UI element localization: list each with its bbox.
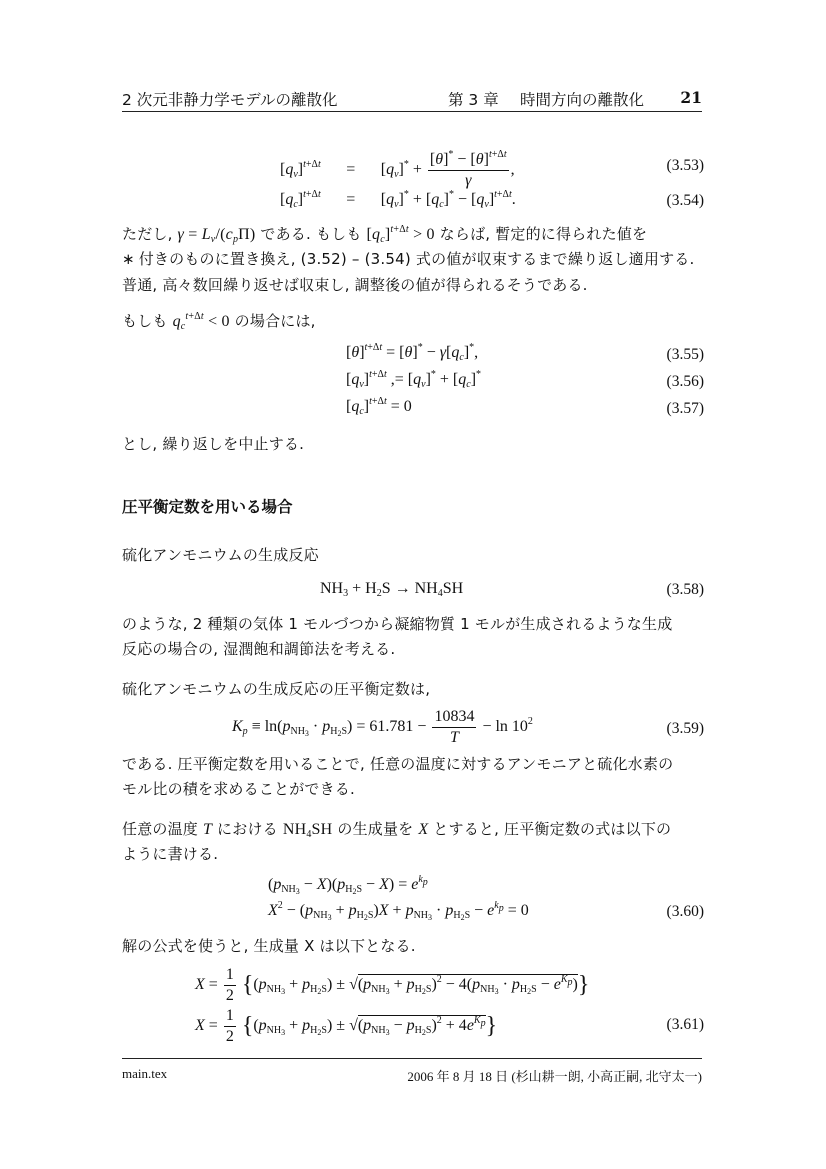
equation-number: (3.55) [667,346,704,364]
paragraph: である. 圧平衡定数を用いることで, 任意の温度に対するアンモニアと硫化水素の … [122,752,704,802]
text: 普通, 高々数回繰り返せば収束し, 調整後の値が得られるそうである. [122,273,704,298]
paragraph: とし, 繰り返しを中止する. [122,432,704,457]
text: 任意の温度 [122,820,203,838]
equation-3-59: Kp ≡ ln(pNH3 · pH2S) = 61.781 − 10834T −… [232,707,533,748]
document-page: 2 次元非静力学モデルの離散化 第 3 章 時間方向の離散化 21 [qv]t+… [0,0,826,1169]
paragraph: のような, 2 種類の気体 1 モルづつから凝縮物質 1 モルが生成されるような… [122,612,704,662]
footer-filename: main.tex [122,1066,167,1082]
equation-number: (3.58) [667,581,704,599]
footer-rule [122,1058,702,1059]
paragraph: 解の公式を使うと, 生成量 X は以下となる. [122,934,704,959]
equation-3-54: [qc]t+Δt = [qv]* + [qc]* − [qv]t+Δt. [280,191,516,209]
paragraph: もしも qct+Δt < 0 の場合には, [122,309,704,334]
header-title: 2 次元非静力学モデルの離散化 [122,88,338,110]
text: の場合には, [230,312,316,330]
equation-3-58: NH3 + H2S → NH4SH [320,580,463,598]
equation-number: (3.60) [667,903,704,921]
text: における [212,820,283,838]
equation-3-61-line2: X = 12 {(pNH3 + pH2S) ± √(pNH3 − pH2S)2 … [195,1006,497,1047]
equation-3-56: [qv]t+Δt ,= [qv]* + [qc]* [346,371,481,389]
header-rule [122,111,702,112]
paragraph: 硫化アンモニウムの生成反応 [122,543,704,568]
text: もしも [122,312,173,330]
equation-3-60-line2: X2 − (pNH3 + pH2S)X + pNH3 · pH2S − ekp … [268,902,529,920]
text: の生成量を [332,820,418,838]
header-chapter: 第 3 章 [448,88,499,110]
equation-3-61-line1: X = 12 {(pNH3 + pH2S) ± √(pNH3 + pH2S)2 … [195,965,589,1006]
paragraph: 硫化アンモニウムの生成反応の圧平衡定数は, [122,677,704,702]
running-header: 2 次元非静力学モデルの離散化 第 3 章 時間方向の離散化 21 [122,88,702,110]
text: 付きのものに置き換え, (3.52) – (3.54) 式の値が収束するまで繰り… [139,250,695,268]
text: のような, 2 種類の気体 1 モルづつから凝縮物質 1 モルが生成されるような… [122,612,704,637]
text: モル比の積を求めることができる. [122,777,704,802]
equation-3-53: [qv]t+Δt = [qv]* + [θ]* − [θ]t+Δtγ, [280,150,515,191]
text: ただし, [122,225,178,243]
equation-3-55: [θ]t+Δt = [θ]* − γ[qc]*, [346,344,478,362]
page-number: 21 [680,88,702,107]
equation-3-60-line1: (pNH3 − X)(pH2S − X) = ekp [268,876,428,894]
header-section: 時間方向の離散化 [520,88,644,110]
paragraph: 任意の温度 T における NH4SH の生成量を X とすると, 圧平衡定数の式… [122,817,704,867]
text: 反応の場合の, 湿潤飽和調節法を考える. [122,637,704,662]
footer-date-authors: 2006 年 8 月 18 日 (杉山耕一朗, 小高正嗣, 北守太一) [407,1066,702,1085]
equation-number: (3.56) [667,373,704,391]
paragraph: ただし, γ = Lv/(cpΠ) である. もしも [qc]t+Δt > 0 … [122,222,704,298]
numerator: 10834 [432,707,476,728]
equation-number: (3.61) [667,1016,704,1034]
text: ように書ける. [122,842,704,867]
equation-number: (3.54) [667,192,704,210]
constant: 61.781 [369,718,413,735]
section-heading: 圧平衡定数を用いる場合 [122,495,293,517]
text: とすると, 圧平衡定数の式は以下の [428,820,671,838]
text: である. 圧平衡定数を用いることで, 任意の温度に対するアンモニアと硫化水素の [122,752,704,777]
equation-number: (3.57) [667,400,704,418]
denominator: T [450,729,459,746]
equation-number: (3.53) [667,157,704,175]
equation-3-57: [qc]t+Δt = 0 [346,398,412,416]
text: ならば, 暫定的に得られた値を [435,225,648,243]
text: である. もしも [255,225,366,243]
equation-number: (3.59) [667,720,704,738]
